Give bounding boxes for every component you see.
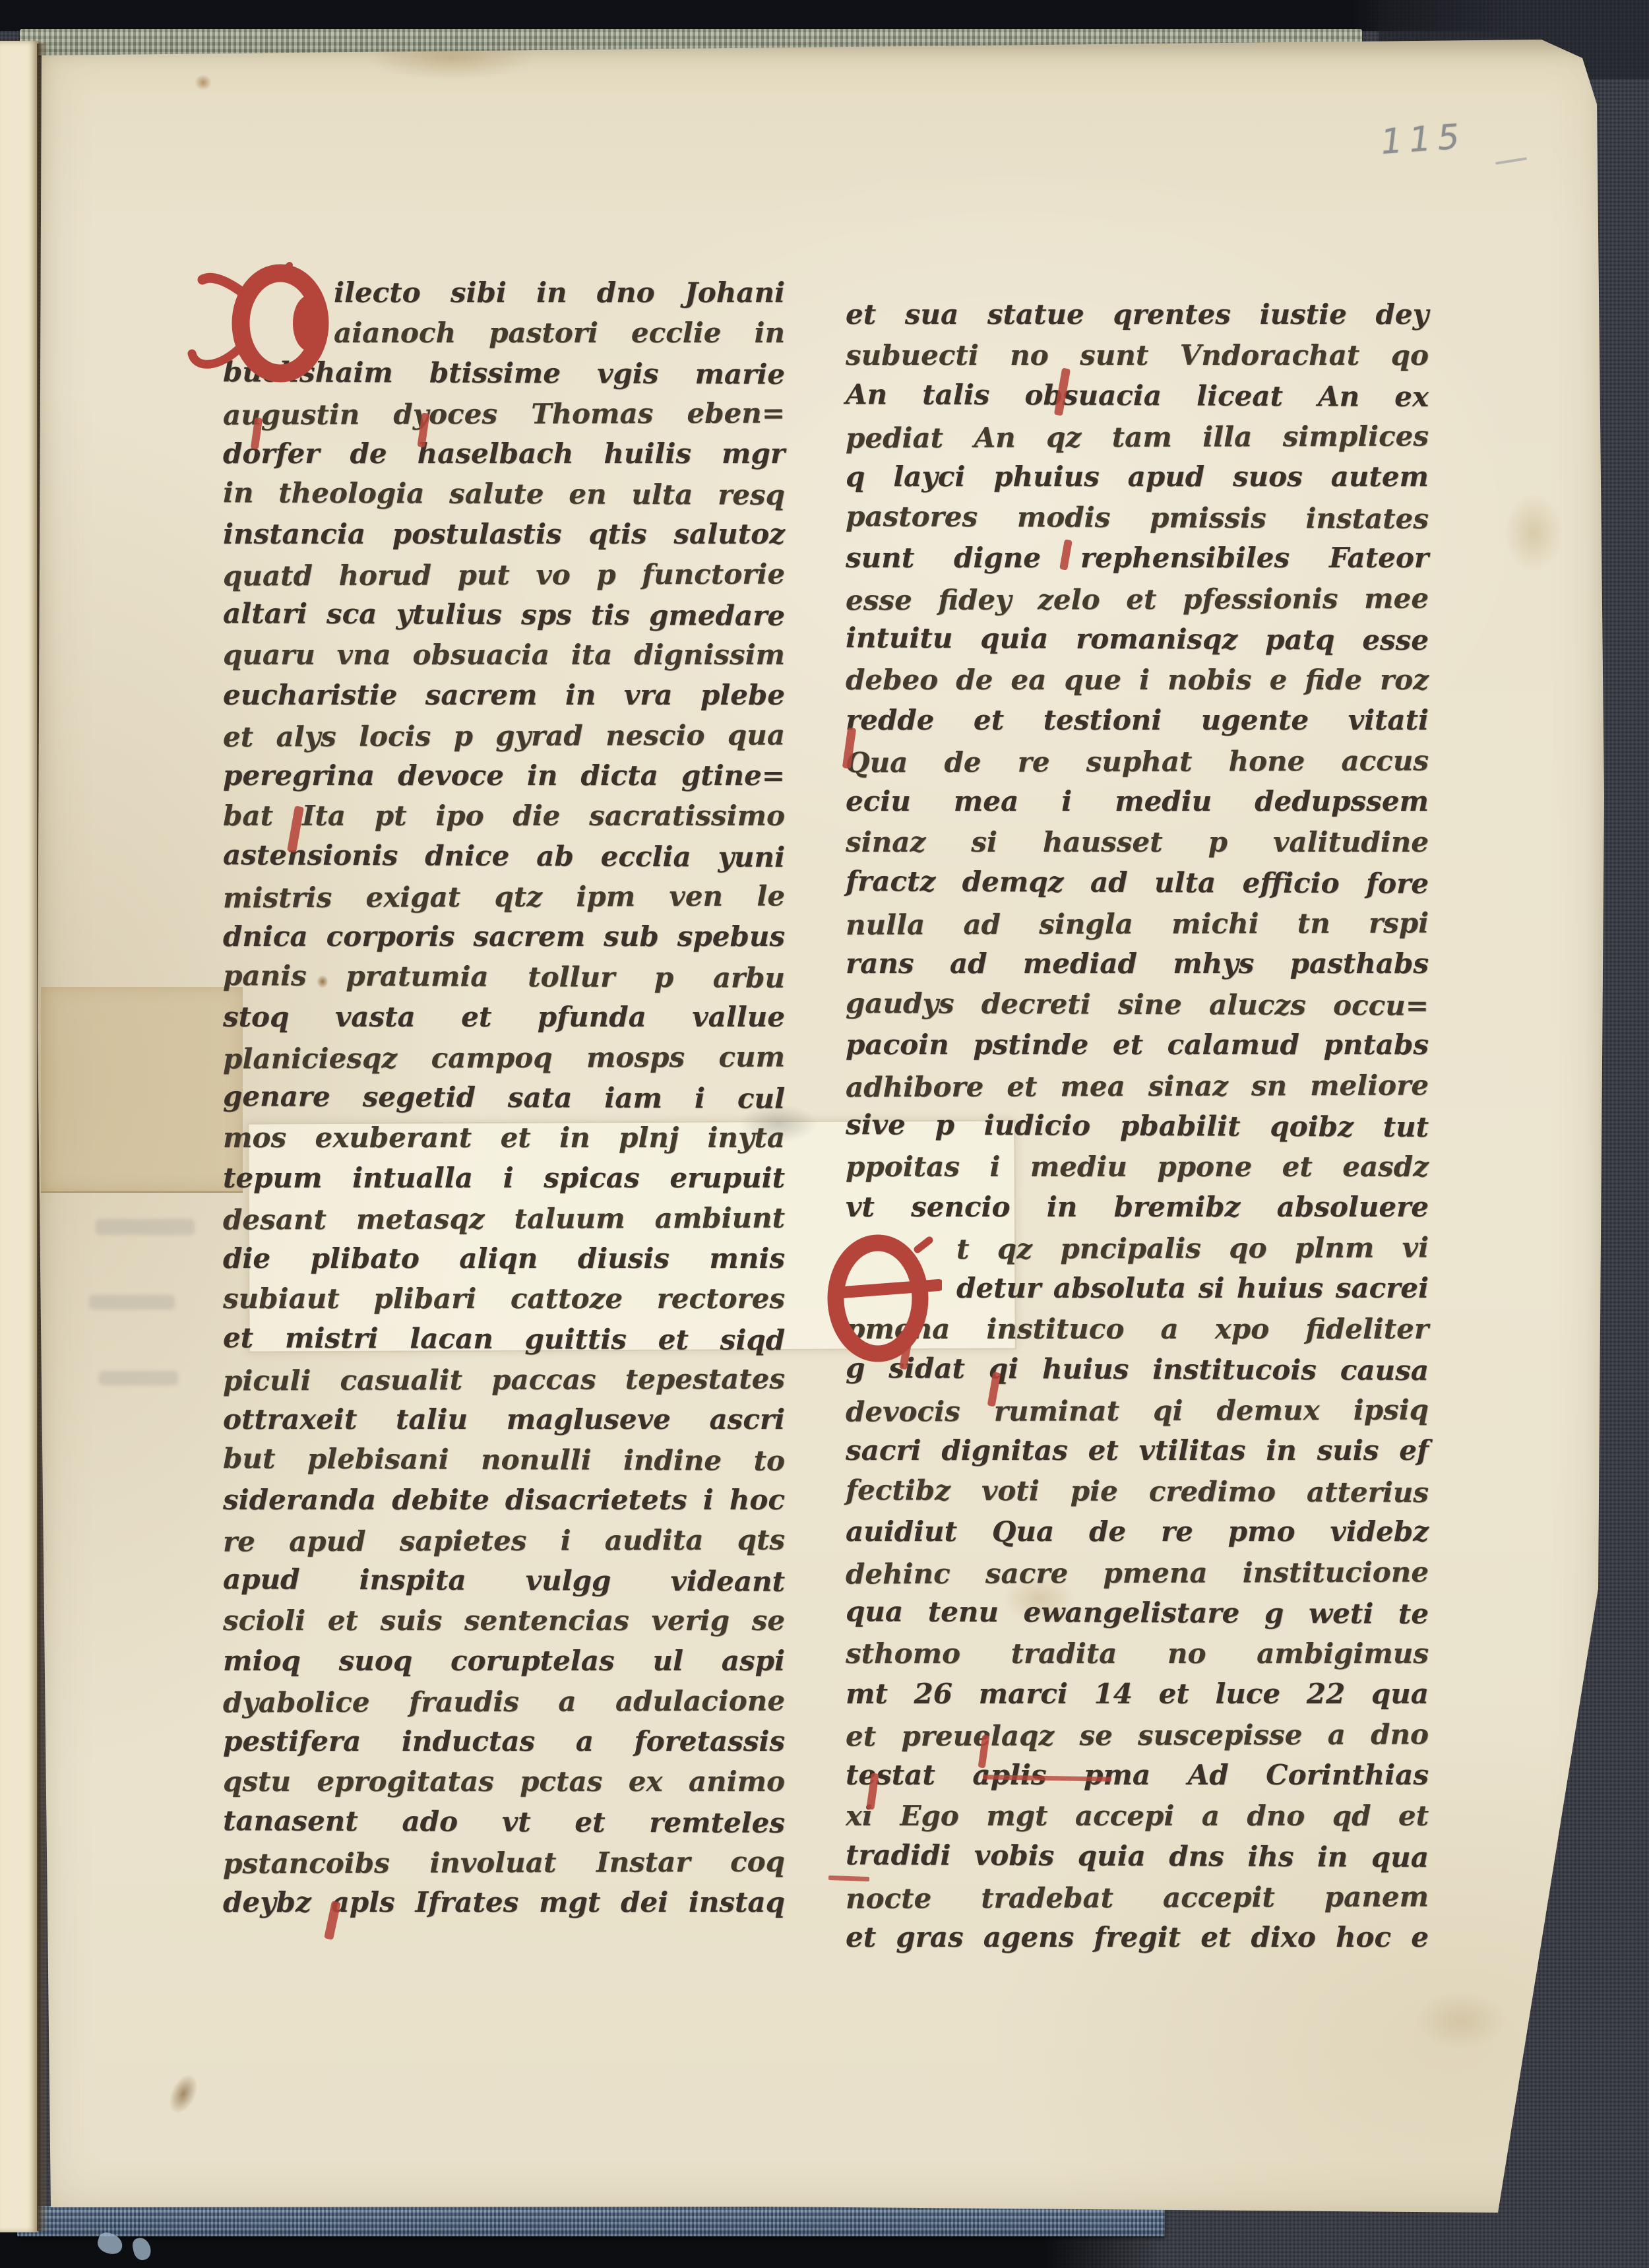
bleedthrough-ghost [96, 1219, 195, 1235]
text-line: intuitu quia romanisqz patq esse [846, 617, 1429, 660]
text-line: adhibore et mea sinaz sn meliore [846, 1065, 1429, 1108]
text-line: die plibato aliqn diusis mnis [223, 1238, 785, 1278]
text-line: et mistri lacan guittis et siqd [223, 1317, 785, 1360]
cover-edge-cloth [17, 2206, 1165, 2236]
text-line: mistris exigat qtz ipm ven le [223, 876, 785, 918]
text-line: et alys locis p gyrad nescio qua [223, 715, 785, 757]
text-line: fectibz voti pie credimo atterius [846, 1470, 1429, 1513]
text-line: ppoitas i mediu ppone et easdz [846, 1147, 1429, 1187]
text-line: pestifera inductas a foretassis [223, 1721, 785, 1761]
text-line: tepum intualla i spicas erupuit [223, 1158, 785, 1198]
text-line: mioq suoq coruptelas ul aspi [223, 1641, 785, 1681]
text-line: deybz apls Ifrates mgt dei instaq [223, 1882, 785, 1922]
text-line: apud inspita vulgg videant [223, 1559, 785, 1602]
text-line: qua tenu ewangelistare g weti te [846, 1591, 1429, 1634]
text-line: subuecti no sunt Vndorachat qo [846, 335, 1429, 376]
text-line: quatd horud put vo p functorie [223, 554, 785, 596]
text-line: dorfer de haselbach huilis mgr [223, 433, 785, 474]
page-stack-edge [0, 41, 38, 2232]
text-line: tanasent ado vt et remteles [223, 1800, 785, 1843]
text-line: xi Ego mgt accepi a dno qd et [846, 1796, 1429, 1837]
text-line: sive p iudicio pbabilit qoibz tut [846, 1104, 1429, 1147]
text-line: tradidi vobis quia dns ihs in qua [846, 1835, 1429, 1877]
text-line: pastores modis pmissis instates [846, 496, 1429, 539]
text-line: re apud sapietes i audita qts [223, 1520, 785, 1562]
text-line: testat aplis pma Ad Corinthias [846, 1755, 1429, 1796]
text-line: debeo de ea que i nobis e fide roz [846, 660, 1429, 701]
text-line: eucharistie sacrem in vra plebe [223, 675, 785, 715]
text-line: auidiut Qua de re pmo videbz [846, 1511, 1429, 1552]
text-line: pstancoibs involuat Instar coq [223, 1842, 785, 1884]
text-line: qstu eprogitatas pctas ex animo [223, 1761, 785, 1802]
text-line: sthomo tradita no ambigimus [846, 1633, 1429, 1674]
text-line: et preuelaqz se suscepisse a dno [846, 1714, 1429, 1757]
text-line: pediat An qz tam illa simplices [846, 416, 1429, 458]
text-line: dyabolice fraudis a adulacione [223, 1681, 785, 1723]
folio-number: 115 [1379, 112, 1536, 195]
text-line: sideranda debite disacrietets i hoc [223, 1480, 785, 1520]
text-line: Qua de re suphat hone accus [846, 740, 1429, 783]
text-line: but plebisani nonulli indine to [223, 1438, 785, 1481]
backdrop-felt-bottom [0, 2231, 1161, 2268]
text-line: mt 26 marci 14 et luce 22 qua [846, 1674, 1429, 1715]
text-line: stoq vasta et pfunda vallue [223, 997, 785, 1037]
text-line: in theologia salute en ulta resq [223, 472, 785, 515]
initial-D-icon [187, 260, 338, 389]
text-line: sunt digne rephensibiles Fateor [846, 538, 1429, 579]
text-line: devocis ruminat qi demux ipsiq [846, 1389, 1429, 1432]
bleedthrough-ghost [99, 1371, 178, 1385]
text-line: fractz demqz ad ulta efficio fore [846, 861, 1429, 904]
repair-patch-margin [41, 987, 243, 1193]
text-line: augustin dyoces Thomas eben= [223, 393, 785, 435]
text-line: genare segetid sata iam i cul [223, 1076, 785, 1119]
text-line: et sua statue qrentes iustie dey [846, 294, 1429, 335]
text-line: sacri dignitas et vtilitas in suis ef [846, 1430, 1429, 1471]
text-line: panis pratumia tollur p arbu [223, 955, 785, 998]
text-line: pacoin pstinde et calamud pntabs [846, 1024, 1429, 1065]
text-column-left: ilecto sibi in dno Johaniaianoch pastori… [223, 272, 785, 1922]
text-line: instancia postulastis qtis salutoz [223, 514, 785, 554]
text-line: planiciesqz campoq mosps cum [223, 1037, 785, 1079]
text-line: vt sencio in bremibz absoluere [846, 1187, 1429, 1228]
text-line: sinaz si hausset p valitudine [846, 822, 1429, 863]
text-line: peregrina devoce in dicta gtine= [223, 755, 785, 796]
text-line: An talis obsuacia liceat An ex [846, 374, 1429, 417]
text-line: piculi casualit paccas tepestates [223, 1359, 785, 1401]
initial-E-icon [820, 1227, 942, 1369]
text-line: desant metasqz taluum ambiunt [223, 1198, 785, 1240]
text-line: astensionis dnice ab ecclia yuni [223, 835, 785, 877]
text-line: et gras agens fregit et dixo hoc e [846, 1917, 1429, 1958]
text-line: scioli et suis sentencias verig se [223, 1600, 785, 1641]
photo-backdrop: 115 ilecto sibi in dno Johaniaianoch pas… [0, 0, 1649, 2268]
text-line: mos exuberant et in plnj inyta [223, 1118, 785, 1158]
text-line: quaru vna obsuacia ita dignissim [223, 635, 785, 675]
text-line: subiaut plibari cattoze rectores [223, 1278, 785, 1319]
text-column-right: et sua statue qrentes iustie deysubuecti… [846, 294, 1429, 1958]
text-line: eciu mea i mediu dedupssem [846, 781, 1429, 822]
text-line: redde et testioni ugente vitati [846, 700, 1429, 741]
text-line: dnica corporis sacrem sub spebus [223, 916, 785, 957]
text-line: rans ad mediad mhys pasthabs [846, 943, 1429, 984]
manuscript-page: 115 ilecto sibi in dno Johaniaianoch pas… [36, 38, 1607, 2217]
bleedthrough-ghost [89, 1295, 175, 1309]
text-line: q layci phuius apud suos autem [846, 457, 1429, 497]
text-line: bat Ita pt ipo die sacratissimo [223, 796, 785, 836]
text-line: dehinc sacre pmena institucione [846, 1552, 1429, 1594]
text-line: nulla ad singla michi tn rspi [846, 902, 1429, 945]
text-line: gaudys decreti sine aluczs occu= [846, 983, 1429, 1026]
text-line: ottraxeit taliu magluseve ascri [223, 1399, 785, 1439]
text-line: altari sca ytulius sps tis gmedare [223, 593, 785, 636]
text-line: nocte tradebat accepit panem [846, 1876, 1429, 1919]
text-line: esse fidey zelo et pfessionis mee [846, 578, 1429, 621]
